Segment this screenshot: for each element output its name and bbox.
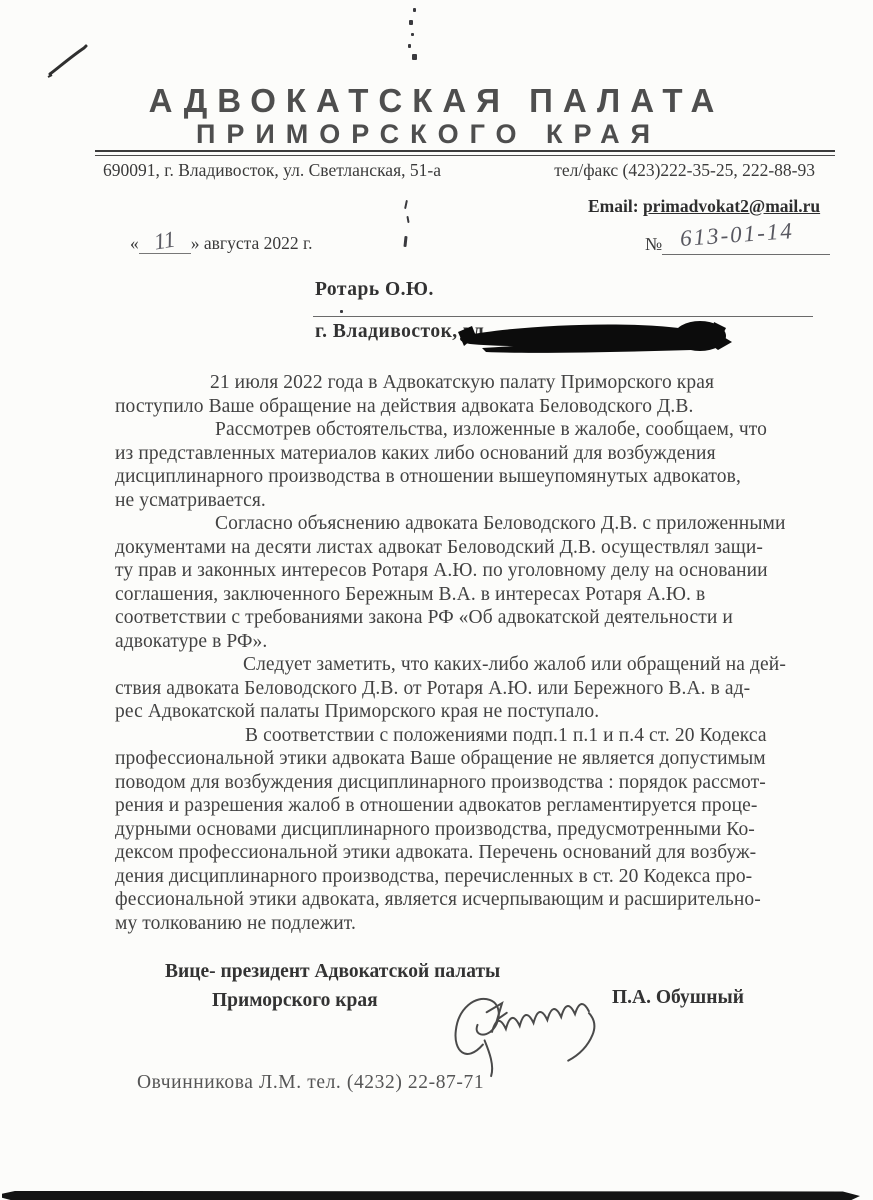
body-line: дисциплинарного производства в отношении… (115, 465, 821, 489)
signer-title-line1: Вице- президент Адвокатской палаты (165, 961, 500, 983)
body-line: из представленных материалов каких либо … (115, 442, 821, 466)
letterhead-contact-row: 690091, г. Владивосток, ул. Светланская,… (103, 160, 815, 181)
doc-number-label: № (645, 234, 662, 254)
contact-footer: Овчинникова Л.М. тел. (4232) 22-87-71 (137, 1072, 484, 1094)
date-day-slot: 11 (139, 231, 191, 254)
body-line: В соответствии с положениями подп.1 п.1 … (115, 724, 821, 748)
body-line: дурными основами дисциплинарного произво… (115, 818, 821, 842)
ink-speck (411, 33, 414, 36)
scan-artifact-bottom-bar (2, 1191, 860, 1200)
body-line: документами на десяти листах адвокат Бел… (115, 536, 821, 560)
ink-speck (413, 8, 416, 12)
body-line: поступило Ваше обращение на действия адв… (115, 395, 821, 419)
body-paragraph: Следует заметить, что каких-либо жалоб и… (115, 653, 821, 724)
ink-speck (403, 236, 407, 247)
date-open-quote: « (130, 233, 139, 253)
redaction-mark (452, 314, 732, 360)
body-paragraph: В соответствии с положениями подп.1 п.1 … (115, 724, 821, 936)
email-address: primadvokat2@mail.ru (643, 196, 820, 216)
body-line: не усматривается. (115, 489, 821, 513)
body-line: Рассмотрев обстоятельства, изложенные в … (115, 418, 821, 442)
body-line: дексом профессиональной этики адвоката. … (115, 841, 821, 865)
org-address: 690091, г. Владивосток, ул. Светланская,… (103, 160, 441, 181)
ink-speck (412, 54, 417, 60)
letter-body: 21 июля 2022 года в Адвокатскую палату П… (115, 371, 821, 935)
body-paragraph: 21 июля 2022 года в Адвокатскую палату П… (115, 371, 821, 418)
doc-number-block: №613-01-14 (645, 228, 830, 255)
body-line: Следует заметить, что каких-либо жалоб и… (115, 653, 821, 677)
signer-title-line2: Приморского края (212, 990, 378, 1012)
body-line: профессиональной этики адвоката Ваше обр… (115, 747, 821, 771)
email-label: Email: (588, 196, 639, 216)
ink-speck (408, 44, 411, 48)
ink-speck (409, 20, 413, 25)
org-name-line1: АДВОКАТСКАЯ ПАЛАТА (0, 82, 873, 120)
body-paragraph: Согласно объяснению адвоката Беловодског… (115, 512, 821, 653)
body-line: му толкованию не подлежит. (115, 912, 821, 936)
letterhead-rule (95, 150, 835, 156)
body-line: поводом для возбуждения дисциплинарного … (115, 771, 821, 795)
handwritten-doc-number: 613-01-14 (679, 218, 794, 252)
body-paragraph: Рассмотрев обстоятельства, изложенные в … (115, 418, 821, 512)
body-line: соглашения, заключенного Бережным В.А. в… (115, 583, 821, 607)
ink-speck (404, 200, 408, 209)
doc-number-line: 613-01-14 (662, 228, 830, 255)
body-line: фессиональной этики адвоката, является и… (115, 888, 821, 912)
body-line: соответствии с требованиями закона РФ «О… (115, 606, 821, 630)
body-line: 21 июля 2022 года в Адвокатскую палату П… (115, 371, 821, 395)
date-rest: » августа 2022 г. (191, 233, 313, 253)
body-line: рения и разрешения жалоб в отношении адв… (115, 794, 821, 818)
ink-speck (406, 216, 409, 223)
body-line: адвокатуре в РФ». (115, 630, 821, 654)
signature-scribble (445, 975, 651, 1084)
org-phone: тел/факс (423)222-35-25, 222-88-93 (554, 160, 815, 181)
body-line: ту прав и законных интересов Ротаря А.Ю.… (115, 559, 821, 583)
body-line: ствия адвоката Беловодского Д.В. от Рота… (115, 677, 821, 701)
email-row: Email: primadvokat2@mail.ru (588, 196, 820, 217)
body-line: Согласно объяснению адвоката Беловодског… (115, 512, 821, 536)
handwritten-day: 11 (152, 226, 177, 255)
scanned-letter-page: АДВОКАТСКАЯ ПАЛАТА ПРИМОРСКОГО КРАЯ 6900… (0, 0, 873, 1200)
body-line: дения дисциплинарного производства, пере… (115, 865, 821, 889)
date-line: «11» августа 2022 г. (130, 231, 313, 254)
ink-speck (340, 310, 343, 313)
pen-mark (42, 40, 102, 85)
addressee-name: Ротарь О.Ю. (315, 279, 434, 301)
org-name-line2: ПРИМОРСКОГО КРАЯ (0, 119, 865, 150)
body-line: рес Адвокатской палаты Приморского края … (115, 700, 821, 724)
